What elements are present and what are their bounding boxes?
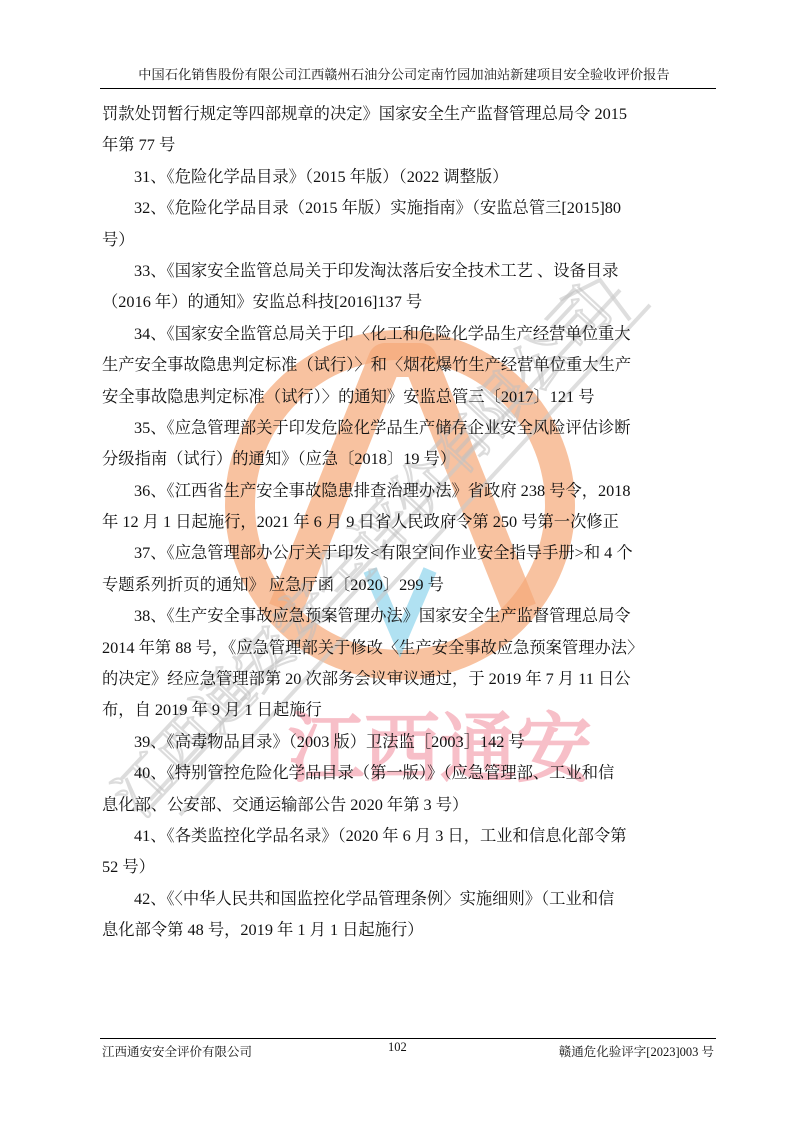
body-line: 40、《特别管控危险化学品目录（第一版）》（应急管理部、工业和信 <box>102 757 718 788</box>
body-line: 年第 77 号 <box>102 129 718 160</box>
document-body: 罚款处罚暂行规定等四部规章的决定》国家安全生产监督管理总局令 2015年第 77… <box>102 98 718 946</box>
body-line: 41、《各类监控化学品名录》（2020 年 6 月 3 日，工业和信息化部令第 <box>102 820 718 851</box>
body-line: 罚款处罚暂行规定等四部规章的决定》国家安全生产监督管理总局令 2015 <box>102 98 718 129</box>
body-line: 36、《江西省生产安全事故隐患排查治理办法》省政府 238 号令，2018 <box>102 475 718 506</box>
body-line: 生产安全事故隐患判定标准（试行）〉和〈烟花爆竹生产经营单位重大生产 <box>102 349 718 380</box>
footer-company: 江西通安安全评价有限公司 <box>102 1042 252 1060</box>
body-line: 33、《国家安全监管总局关于印发淘汰落后安全技术工艺 、设备目录 <box>102 255 718 286</box>
header-rule <box>100 88 716 89</box>
body-line: 38、《生产安全事故应急预案管理办法》国家安全生产监督管理总局令 <box>102 600 718 631</box>
body-line: 专题系列折页的通知》 应急厅函〔2020〕299 号 <box>102 569 718 600</box>
body-line: 息化部令第 48 号，2019 年 1 月 1 日起施行） <box>102 914 718 945</box>
body-line: 39、《高毒物品目录》（2003 版）卫法监［2003］142 号 <box>102 726 718 757</box>
body-line: 分级指南（试行）的通知》（应急〔2018〕19 号） <box>102 443 718 474</box>
body-line: 2014 年第 88 号，《应急管理部关于修改〈生产安全事故应急预案管理办法〉 <box>102 632 718 663</box>
document-page: 中国石化销售股份有限公司江西赣州石油分公司定南竹园加油站新建项目安全验收评价报告… <box>0 0 794 1123</box>
body-line: 安全事故隐患判定标准（试行）〉的通知》安监总管三〔2017〕121 号 <box>102 381 718 412</box>
body-line: 35、《应急管理部关于印发危险化学品生产储存企业安全风险评估诊断 <box>102 412 718 443</box>
footer-doc-number: 赣通危化验评字[2023]003 号 <box>559 1042 714 1060</box>
header-title: 中国石化销售股份有限公司江西赣州石油分公司定南竹园加油站新建项目安全验收评价报告 <box>104 64 704 83</box>
body-line: 34、《国家安全监管总局关于印〈化工和危险化学品生产经营单位重大 <box>102 318 718 349</box>
body-line: 37、《应急管理部办公厅关于印发<有限空间作业安全指导手册>和 4 个 <box>102 537 718 568</box>
body-line: 31、《危险化学品目录》（2015 年版）（2022 调整版） <box>102 161 718 192</box>
body-line: 号） <box>102 224 718 255</box>
body-line: （2016 年）的通知》安监总科技[2016]137 号 <box>102 286 718 317</box>
page-number: 102 <box>388 1040 407 1055</box>
body-line: 52 号） <box>102 851 718 882</box>
body-line: 32、《危险化学品目录（2015 年版）实施指南》（安监总管三[2015]80 <box>102 192 718 223</box>
footer-rule <box>100 1038 716 1039</box>
body-line: 息化部、公安部、交通运输部公告 2020 年第 3 号） <box>102 789 718 820</box>
body-line: 的决定》经应急管理部第 20 次部务会议审议通过，于 2019 年 7 月 11… <box>102 663 718 694</box>
body-line: 布，自 2019 年 9 月 1 日起施行 <box>102 694 718 725</box>
body-line: 年 12 月 1 日起施行，2021 年 6 月 9 日省人民政府令第 250 … <box>102 506 718 537</box>
body-line: 42、《〈中华人民共和国监控化学品管理条例〉实施细则》（工业和信 <box>102 883 718 914</box>
